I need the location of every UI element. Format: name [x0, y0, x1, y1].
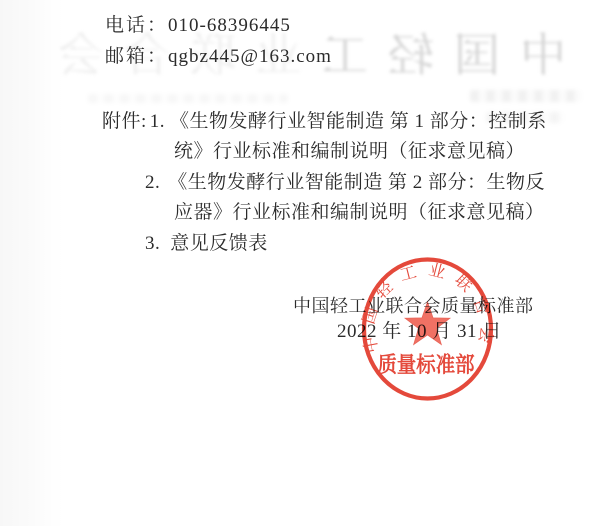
attachment-1-title: 《生物发酵行业智能制造 第 1 部分：控制系	[170, 111, 547, 132]
bleed-through-strong: 中国轻工	[302, 30, 566, 81]
attachment-item-1-line-1: 附件:1.《生物发酵行业智能制造 第 1 部分：控制系	[102, 111, 547, 133]
phone-label: 电话：	[105, 15, 168, 36]
scan-edge-shading	[0, 0, 85, 526]
bleed-smudge	[470, 90, 582, 102]
attachment-2-title-cont: 应器》行业标准和编制说明（征求意见稿）	[174, 202, 545, 223]
attachment-2-title: 《生物发酵行业智能制造 第 2 部分：生物反	[168, 172, 545, 193]
bleed-smudge	[88, 94, 288, 103]
attachments-label: 附件:	[102, 111, 147, 132]
seal-bottom-text: 质量标准部	[378, 352, 475, 377]
email-line: 邮箱：qgbz445@163.com	[105, 46, 332, 68]
issuer-name: 中国轻工业联合会质量标准部	[293, 296, 534, 316]
email-label: 邮箱：	[105, 46, 168, 67]
attachment-2-number: 2.	[145, 172, 160, 193]
attachment-1-number: 1.	[150, 111, 165, 132]
issuer-line: 中国轻工业联合会质量标准部	[293, 295, 534, 317]
phone-value: 010-68396445	[168, 15, 291, 36]
email-value: qgbz445@163.com	[168, 46, 332, 67]
attachment-item-3: 3.意见反馈表	[145, 233, 268, 255]
attachment-3-title: 意见反馈表	[170, 233, 268, 254]
date-line: 2022 年 10 月 31 日	[337, 321, 502, 343]
attachment-item-2-line-1: 2.《生物发酵行业智能制造 第 2 部分：生物反	[145, 172, 545, 194]
scanned-document-page: 中国轻工业联合会 电话：010-68396445 邮箱：qgbz445@163.…	[0, 0, 602, 526]
attachment-1-title-cont: 统》行业标准和编制说明（征求意见稿）	[174, 141, 525, 162]
attachment-item-1-line-2: 统》行业标准和编制说明（征求意见稿）	[174, 141, 525, 163]
phone-line: 电话：010-68396445	[105, 15, 291, 37]
attachment-item-2-line-2: 应器》行业标准和编制说明（征求意见稿）	[174, 202, 545, 224]
issue-date: 2022 年 10 月 31 日	[337, 321, 502, 342]
attachment-3-number: 3.	[145, 233, 160, 254]
